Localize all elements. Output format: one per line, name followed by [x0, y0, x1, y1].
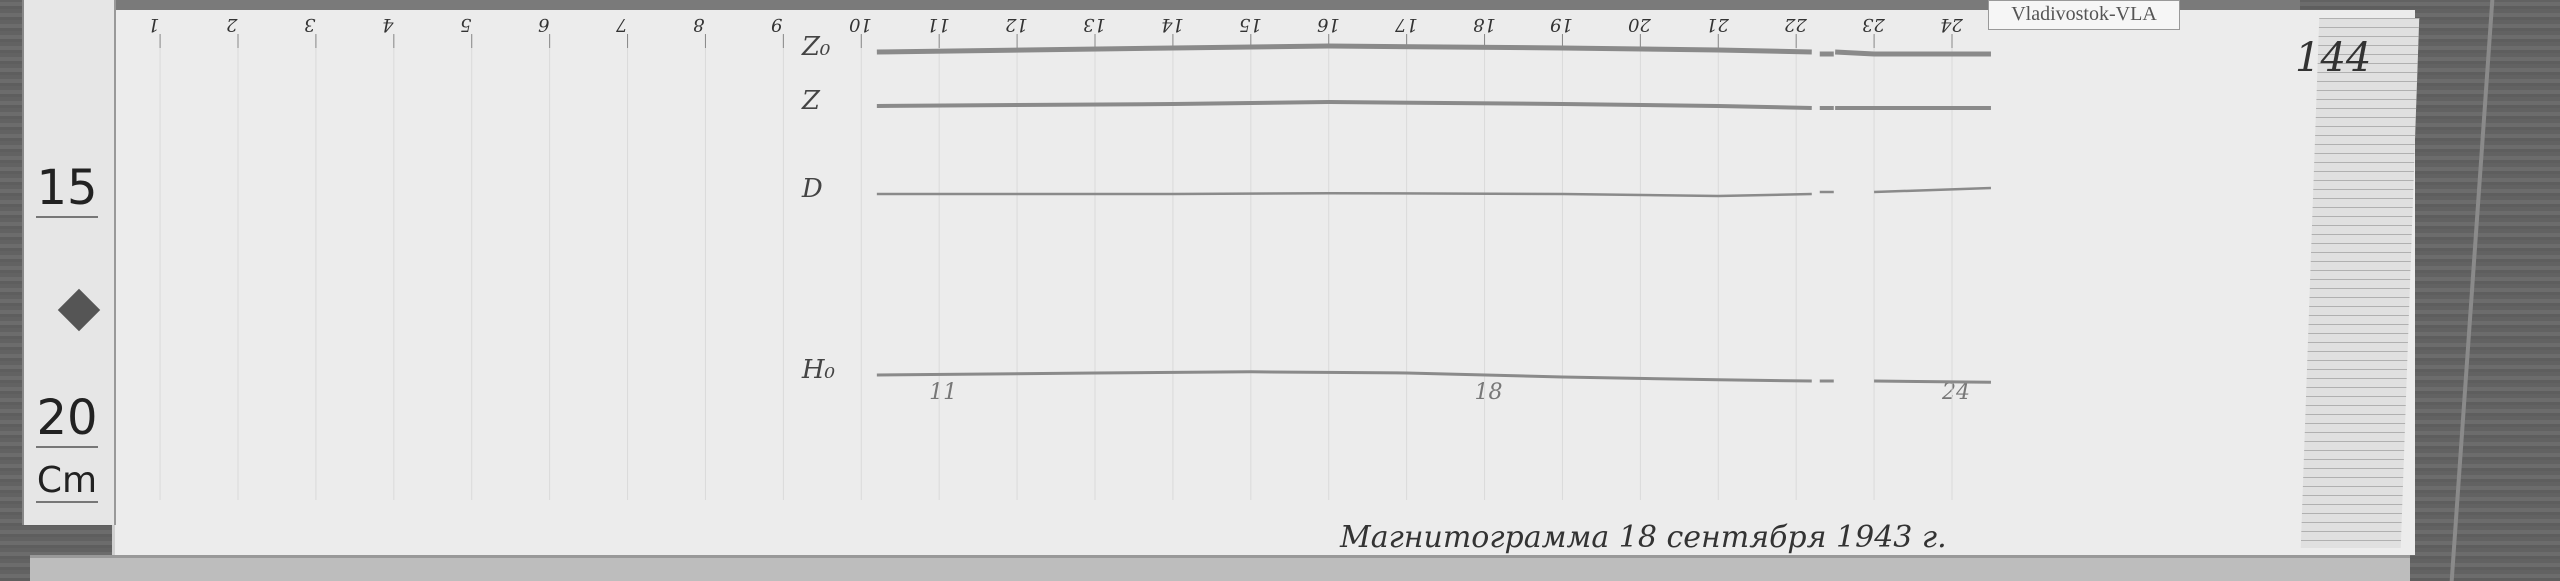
magnetogram-traces [0, 0, 2560, 581]
